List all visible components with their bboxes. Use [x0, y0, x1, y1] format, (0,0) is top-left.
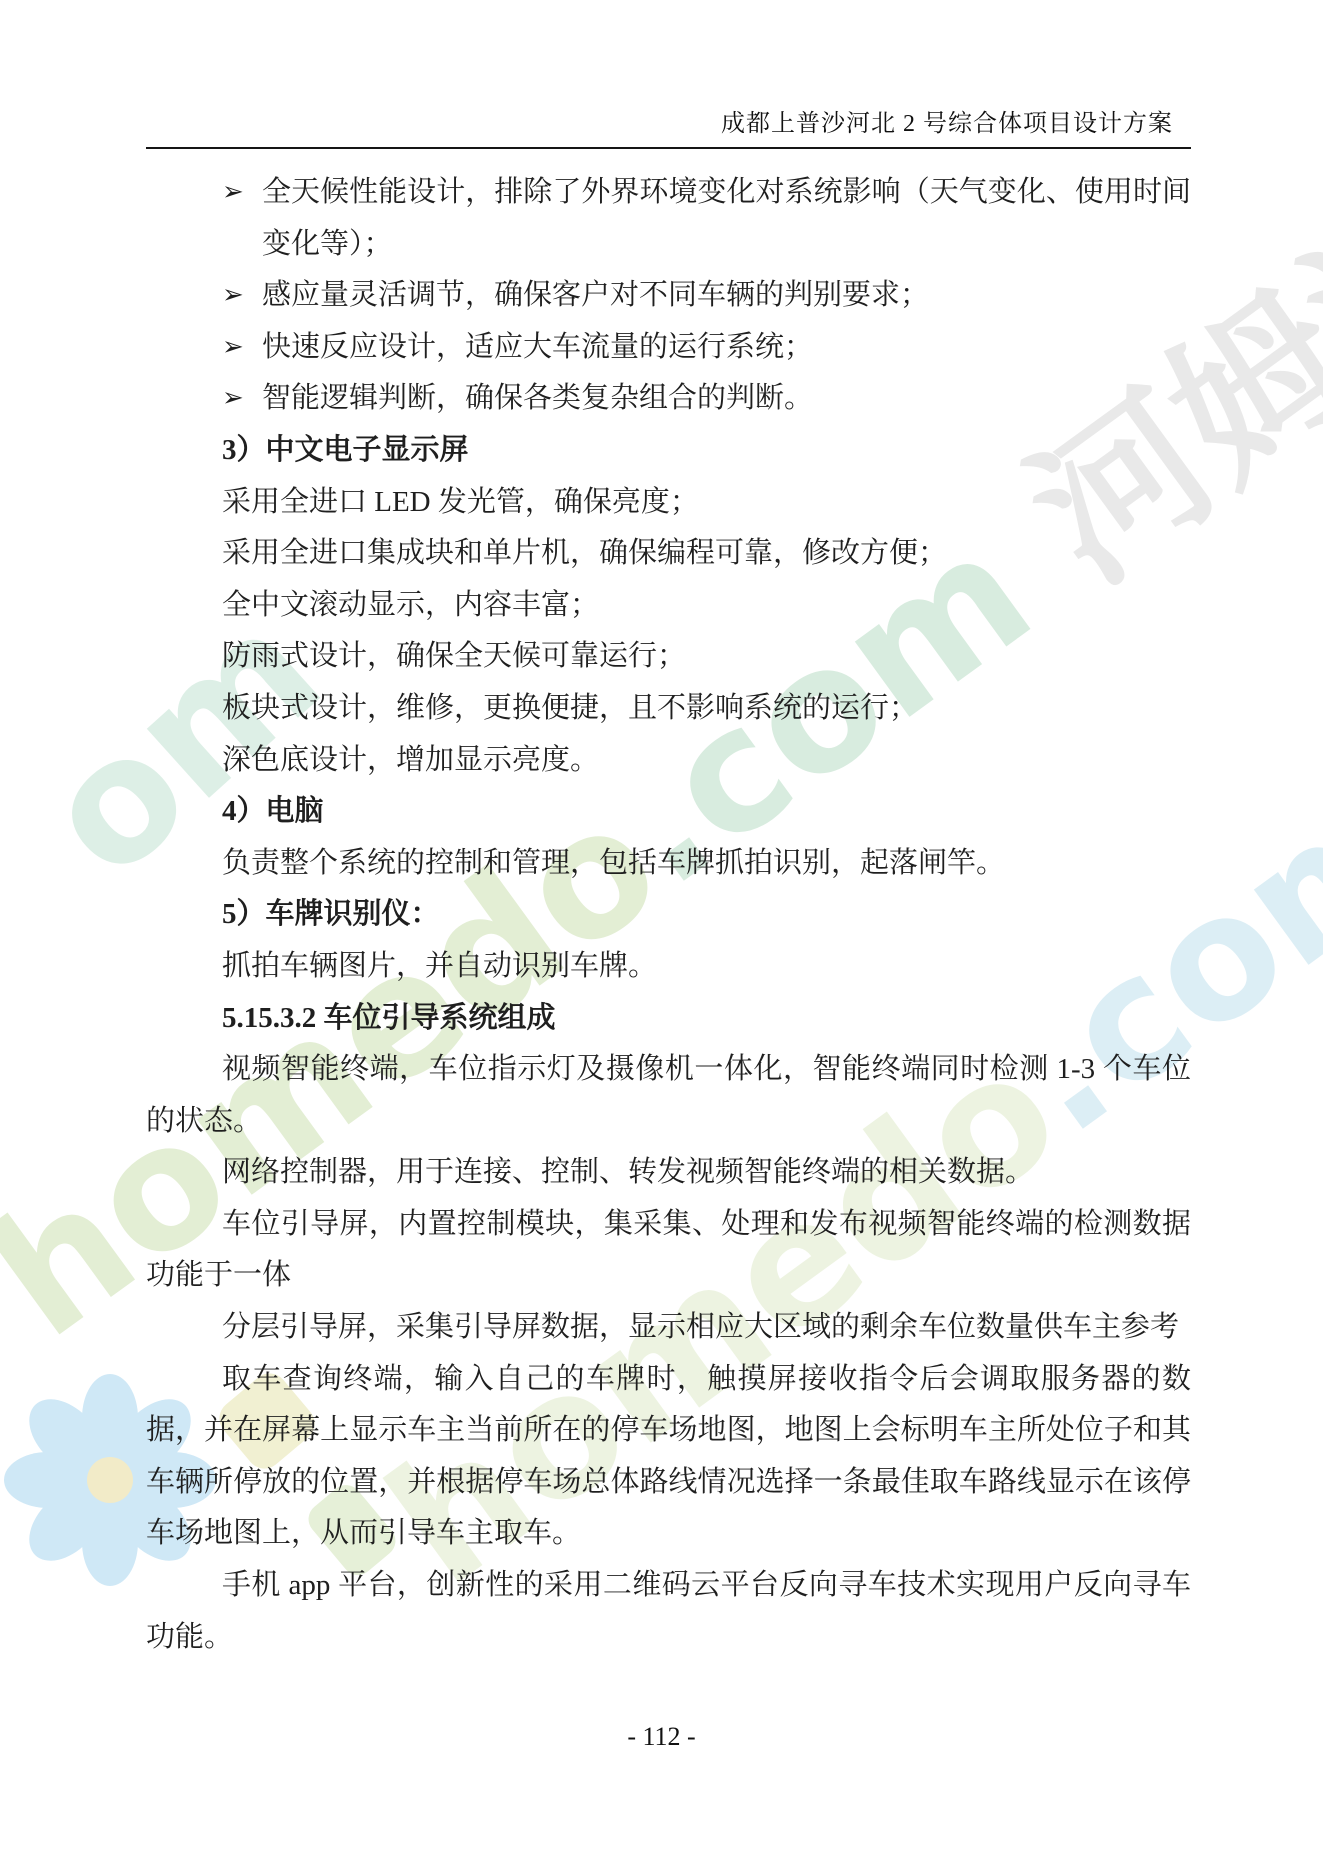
paragraph: 手机 app 平台，创新性的采用二维码云平台反向寻车技术实现用户反向寻车功能。 — [146, 1560, 1191, 1663]
bullet-arrow-icon: ➢ — [222, 167, 262, 270]
section-heading: 3）中文电子显示屏 — [146, 425, 1191, 477]
paragraph: 网络控制器，用于连接、控制、转发视频智能终端的相关数据。 — [146, 1147, 1191, 1199]
bullet-text: 感应量灵活调节，确保客户对不同车辆的判别要求； — [262, 270, 1191, 322]
bullet-arrow-icon: ➢ — [222, 373, 262, 425]
bullet-item: ➢全天候性能设计，排除了外界环境变化对系统影响（天气变化、使用时间变化等）； — [146, 167, 1191, 270]
paragraph: 采用全进口集成块和单片机，确保编程可靠，修改方便； — [146, 528, 1191, 580]
bullet-arrow-icon: ➢ — [222, 270, 262, 322]
bullet-item: ➢智能逻辑判断，确保各类复杂组合的判断。 — [146, 373, 1191, 425]
section-heading: 4）电脑 — [146, 786, 1191, 838]
paragraph: 抓拍车辆图片，并自动识别车牌。 — [146, 941, 1191, 993]
section-heading: 5）车牌识别仪： — [146, 889, 1191, 941]
paragraph: 分层引导屏，采集引导屏数据，显示相应大区域的剩余车位数量供车主参考 — [146, 1302, 1191, 1354]
bullet-text: 智能逻辑判断，确保各类复杂组合的判断。 — [262, 373, 1191, 425]
bullet-item: ➢感应量灵活调节，确保客户对不同车辆的判别要求； — [146, 270, 1191, 322]
paragraph: 负责整个系统的控制和管理，包括车牌抓拍识别，起落闸竿。 — [146, 838, 1191, 890]
document-body: ➢全天候性能设计，排除了外界环境变化对系统影响（天气变化、使用时间变化等）；➢感… — [146, 167, 1191, 1663]
paragraph: 视频智能终端，车位指示灯及摄像机一体化，智能终端同时检测 1-3 个车位的状态。 — [146, 1044, 1191, 1147]
page-number: - 112 - — [627, 1722, 695, 1751]
bullet-text: 快速反应设计，适应大车流量的运行系统； — [262, 322, 1191, 374]
paragraph: 车位引导屏，内置控制模块，集采集、处理和发布视频智能终端的检测数据功能于一体 — [146, 1199, 1191, 1302]
bullet-text: 全天候性能设计，排除了外界环境变化对系统影响（天气变化、使用时间变化等）； — [262, 167, 1191, 270]
header-rule — [146, 147, 1191, 149]
paragraph: 取车查询终端，输入自己的车牌时，触摸屏接收指令后会调取服务器的数据，并在屏幕上显… — [146, 1354, 1191, 1560]
header-title: 成都上普沙河北 2 号综合体项目设计方案 — [721, 103, 1173, 138]
paragraph: 采用全进口 LED 发光管，确保亮度； — [146, 477, 1191, 529]
paragraph: 板块式设计，维修，更换便捷，且不影响系统的运行； — [146, 683, 1191, 735]
paragraph: 全中文滚动显示，内容丰富； — [146, 580, 1191, 632]
page-footer: - 112 - — [0, 1722, 1323, 1752]
section-heading: 5.15.3.2 车位引导系统组成 — [146, 993, 1191, 1045]
paragraph: 深色底设计，增加显示亮度。 — [146, 735, 1191, 787]
bullet-item: ➢快速反应设计，适应大车流量的运行系统； — [146, 322, 1191, 374]
document-page: 成都上普沙河北 2 号综合体项目设计方案 ➢全天候性能设计，排除了外界环境变化对… — [0, 0, 1323, 1871]
bullet-arrow-icon: ➢ — [222, 322, 262, 374]
paragraph: 防雨式设计，确保全天候可靠运行； — [146, 631, 1191, 683]
